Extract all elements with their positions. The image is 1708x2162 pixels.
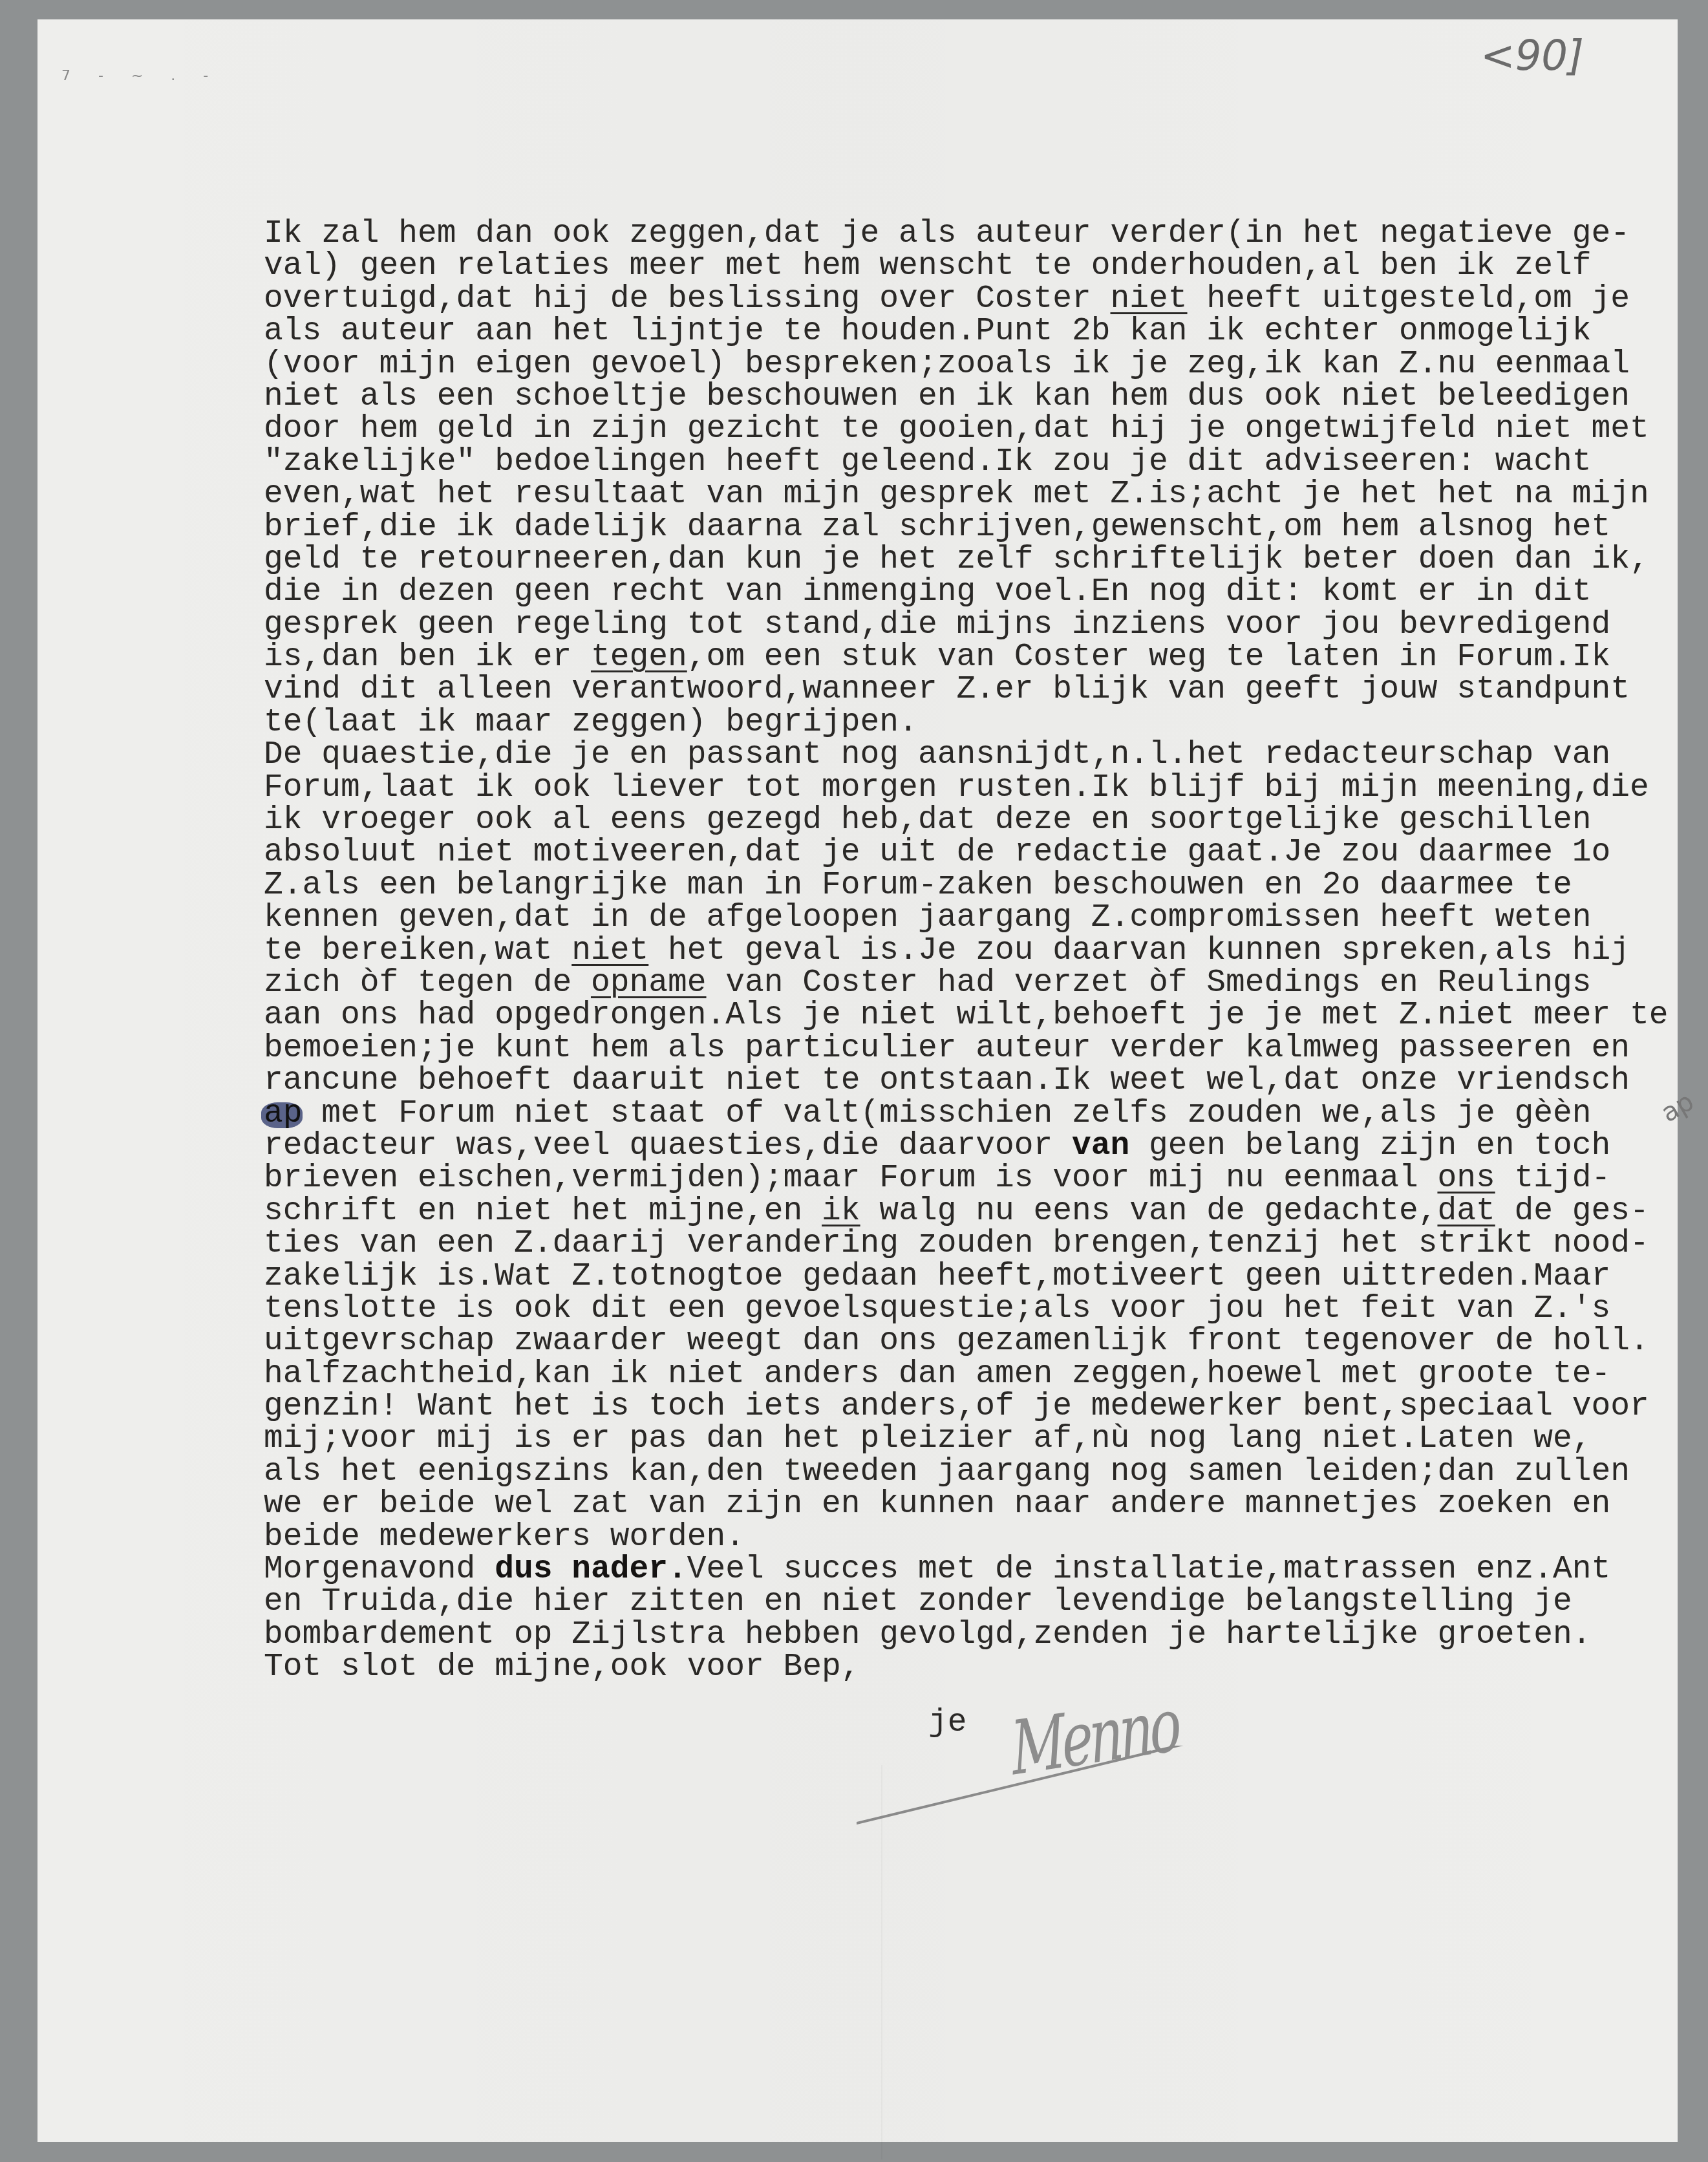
letter-line: te bereiken,wat niet het geval is.Je zou…: [264, 934, 1669, 967]
letter-line: kennen geven,dat in de afgeloopen jaarga…: [264, 901, 1669, 934]
letter-line: als auteur aan het lijntje te houden.Pun…: [264, 315, 1669, 347]
signature-flourish: [857, 1746, 1244, 1875]
letter-line: overtuigd,dat hij de beslissing over Cos…: [264, 283, 1669, 315]
letter-line: rancune behoeft daaruit niet te ontstaan…: [264, 1064, 1669, 1097]
letter-line: gesprek geen regeling tot stand,die mijn…: [264, 608, 1669, 641]
closing: je: [928, 1704, 967, 1740]
archive-number: <90]: [1480, 32, 1584, 80]
letter-line: Tot slot de mijne,ook voor Bep,: [264, 1651, 1669, 1683]
letter-line: bemoeien;je kunt hem als particulier aut…: [264, 1032, 1669, 1064]
letter-line: "zakelijke" bedoelingen heeft geleend.Ik…: [264, 445, 1669, 478]
letter-line: beide medewerkers worden.: [264, 1521, 1669, 1553]
letter-line: De quaestie,die je en passant nog aansni…: [264, 738, 1669, 771]
letter-line: als het eenigszins kan,den tweeden jaarg…: [264, 1455, 1669, 1488]
letter-line: uitgevrschap zwaarder weegt dan ons geza…: [264, 1325, 1669, 1357]
letter-line: niet als een schoeltje beschouwen en ik …: [264, 380, 1669, 412]
letter-line: absoluut niet motiveeren,dat je uit de r…: [264, 836, 1669, 868]
letter-line: Ik zal hem dan ook zeggen,dat je als aut…: [264, 217, 1669, 250]
letter-line: tenslotte is ook dit een gevoelsquestie;…: [264, 1292, 1669, 1325]
letter-line: brief,die ik dadelijk daarna zal schrijv…: [264, 511, 1669, 543]
letter-line: ties van een Z.daarij verandering zouden…: [264, 1227, 1669, 1259]
letter-line: geld te retourneeren,dan kun je het zelf…: [264, 543, 1669, 575]
letter-body: Ik zal hem dan ook zeggen,dat je als aut…: [264, 217, 1669, 1684]
header-punch-marks: 7 - ~ . -: [61, 68, 220, 84]
letter-line: en Truida,die hier zitten en niet zonder…: [264, 1585, 1669, 1618]
letter-line: ap met Forum niet staat of valt(misschie…: [264, 1097, 1669, 1129]
letter-line: we er beide wel zat van zijn en kunnen n…: [264, 1488, 1669, 1520]
ink-blot: ap: [264, 1097, 303, 1129]
letter-line: halfzachtheid,kan ik niet anders dan ame…: [264, 1358, 1669, 1390]
letter-line: zakelijk is.Wat Z.totnogtoe gedaan heeft…: [264, 1260, 1669, 1292]
letter-line: schrift en niet het mijne,en ik walg nu …: [264, 1195, 1669, 1227]
letter-line: (voor mijn eigen gevoel) bespreken;zooal…: [264, 348, 1669, 380]
letter-line: brieven eischen,vermijden);maar Forum is…: [264, 1162, 1669, 1194]
letter-line: vind dit alleen verantwoord,wanneer Z.er…: [264, 673, 1669, 705]
letter-line: is,dan ben ik er tegen,om een stuk van C…: [264, 641, 1669, 673]
letter-line: zich òf tegen de opname van Coster had v…: [264, 967, 1669, 999]
letter-line: te(laat ik maar zeggen) begrijpen.: [264, 706, 1669, 738]
letter-line: Morgenavond dus nader.Veel succes met de…: [264, 1553, 1669, 1585]
letter-line: genzin! Want het is toch iets anders,of …: [264, 1390, 1669, 1422]
letter-line: aan ons had opgedrongen.Als je niet wilt…: [264, 999, 1669, 1031]
letter-line: redacteur was,veel quaesties,die daarvoo…: [264, 1129, 1669, 1162]
letter-line: door hem geld in zijn gezicht te gooien,…: [264, 412, 1669, 445]
letter-line: Z.als een belangrijke man in Forum-zaken…: [264, 869, 1669, 901]
letter-line: Forum,laat ik ook liever tot morgen rust…: [264, 771, 1669, 804]
letter-line: mij;voor mij is er pas dan het pleizier …: [264, 1422, 1669, 1455]
letter-line: even,wat het resultaat van mijn gesprek …: [264, 478, 1669, 510]
letter-line: val) geen relaties meer met hem wenscht …: [264, 250, 1669, 282]
letter-line: die in dezen geen recht van inmenging vo…: [264, 575, 1669, 608]
letter-line: ik vroeger ook al eens gezegd heb,dat de…: [264, 804, 1669, 836]
letter-line: bombardement op Zijlstra hebben gevolgd,…: [264, 1618, 1669, 1651]
